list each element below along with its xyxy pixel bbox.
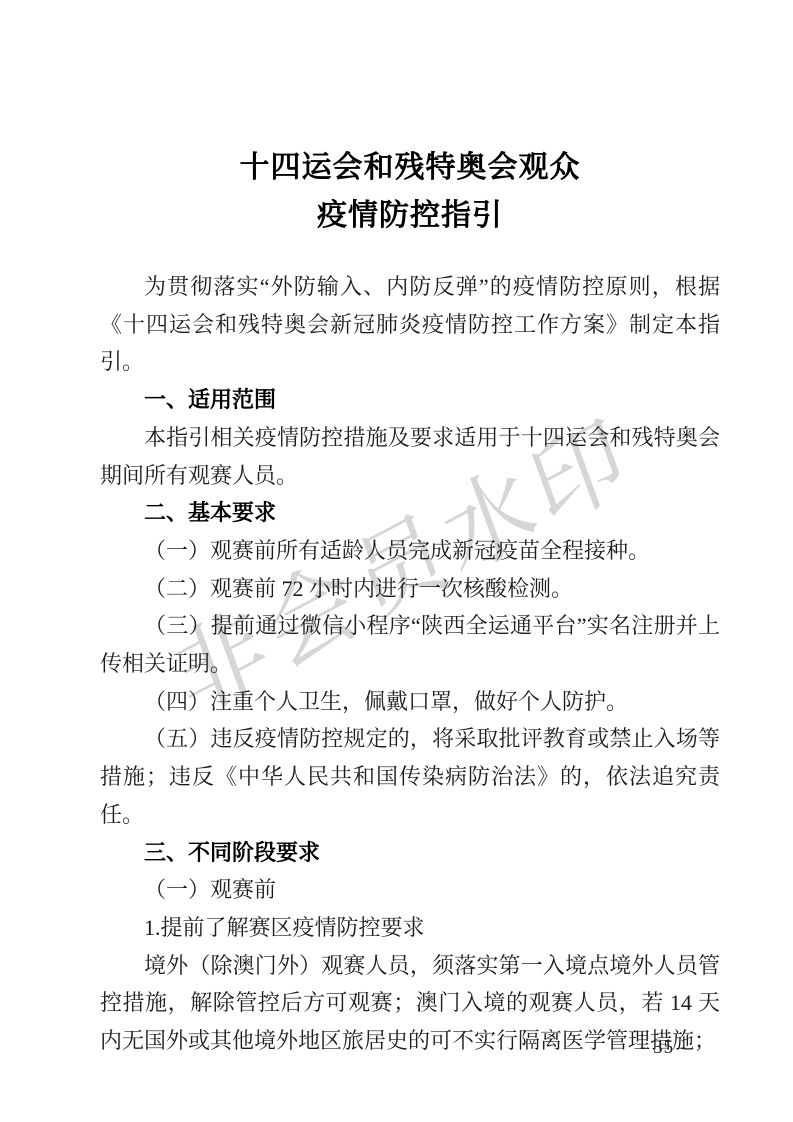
list-item-5-violation-consequences: （五）违反疫情防控规定的，将采取批评教育或禁止入场等措施；违反《中华人民共和国传… (100, 720, 720, 833)
title-line-1: 十四运会和残特奥会观众 (100, 144, 720, 192)
list-item-1-vaccination: （一）观赛前所有适龄人员完成新冠疫苗全程接种。 (100, 532, 720, 570)
document-content: 十四运会和残特奥会观众 疫情防控指引 为贯彻落实“外防输入、内防反弹”的疫情防控… (100, 0, 720, 1060)
title-line-2: 疫情防控指引 (100, 192, 720, 240)
page-number: - 35 - (640, 1037, 687, 1059)
list-item-2-nucleic-acid-test: （二）观赛前 72 小时内进行一次核酸检测。 (100, 570, 720, 608)
section-heading-basic-requirements: 二、基本要求 (100, 494, 720, 532)
document-page: 非会员水印 十四运会和残特奥会观众 疫情防控指引 为贯彻落实“外防输入、内防反弹… (0, 0, 793, 1122)
section-heading-stage-requirements: 三、不同阶段要求 (100, 834, 720, 872)
paragraph-overseas-spectators: 境外（除澳门外）观赛人员，须落实第一入境点境外人员管控措施，解除管控后方可观赛；… (100, 947, 720, 1060)
subsection-before-watching: （一）观赛前 (100, 871, 720, 909)
paragraph-scope: 本指引相关疫情防控措施及要求适用于十四运会和残特奥会期间所有观赛人员。 (100, 419, 720, 494)
document-body: 为贯彻落实“外防输入、内防反弹”的疫情防控原则，根据《十四运会和残特奥会新冠肺炎… (100, 268, 720, 1060)
section-heading-scope: 一、适用范围 (100, 381, 720, 419)
numbered-item-1-know-requirements: 1.提前了解赛区疫情防控要求 (100, 909, 720, 947)
list-item-3-miniprogram-registration: （三）提前通过微信小程序“陕西全运通平台”实名注册并上传相关证明。 (100, 607, 720, 682)
paragraph-intro: 为贯彻落实“外防输入、内防反弹”的疫情防控原则，根据《十四运会和残特奥会新冠肺炎… (100, 268, 720, 381)
list-item-4-personal-hygiene: （四）注重个人卫生，佩戴口罩，做好个人防护。 (100, 683, 720, 721)
document-title: 十四运会和残特奥会观众 疫情防控指引 (100, 144, 720, 240)
